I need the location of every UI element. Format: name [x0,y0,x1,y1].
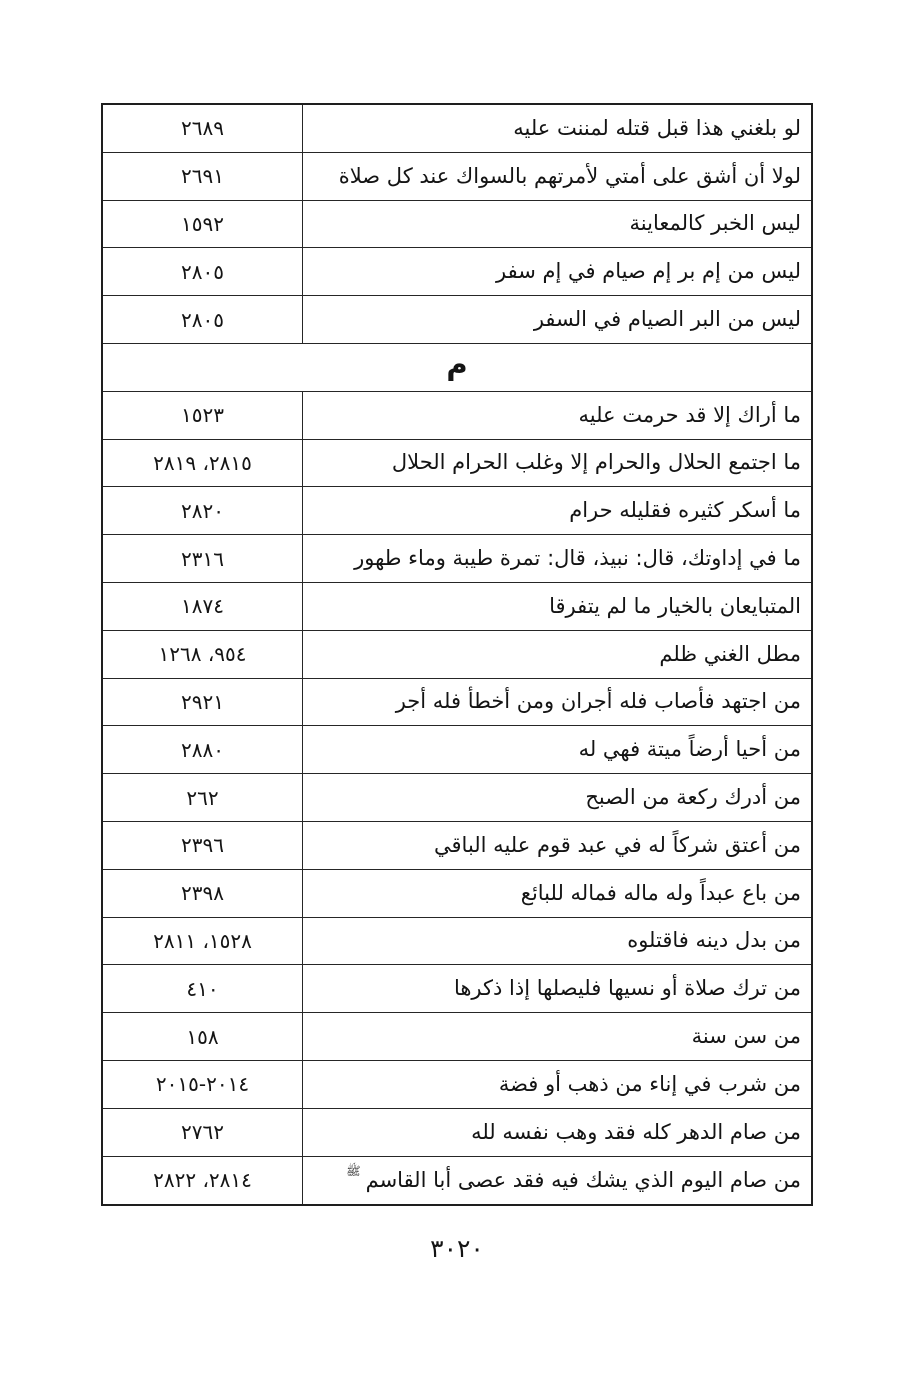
hadith-number: ١٥٩٢ [181,214,224,234]
hadith-text: ما اجتمع الحلال والحرام إلا وغلب الحرام … [392,452,801,473]
hadith-text-cell: من شرب في إناء من ذهب أو فضة [303,1061,811,1108]
hadith-number-cell: ١٥٨ [103,1013,303,1060]
hadith-text: ليس من البر الصيام في السفر [534,309,801,330]
hadith-text: ما أراك إلا قد حرمت عليه [578,405,801,426]
table-row: من أحيا أرضاً ميتة فهي له٢٨٨٠ [103,726,811,774]
scanned-document-page: لو بلغني هذا قبل قتله لمننت عليه٢٦٨٩لولا… [0,0,920,1374]
hadith-text-cell: ليس من إم بر إم صيام في إم سفر [303,248,811,295]
hadith-text: ما في إداوتك، قال: نبيذ، قال: تمرة طيبة … [354,548,801,569]
table-row: المتبايعان بالخيار ما لم يتفرقا١٨٧٤ [103,583,811,631]
hadith-number-cell: ٢٦٩١ [103,153,303,200]
hadith-number-cell: ٢٣٩٦ [103,822,303,869]
table-row: من أدرك ركعة من الصبح٢٦٢ [103,774,811,822]
hadith-number-cell: ١٥٢٨، ٢٨١١ [103,918,303,965]
hadith-text: ليس من إم بر إم صيام في إم سفر [496,261,801,282]
table-row: من باع عبداً وله ماله فماله للبائع٢٣٩٨ [103,870,811,918]
table-row: من اجتهد فأصاب فله أجران ومن أخطأ فله أج… [103,679,811,727]
hadith-text: لو بلغني هذا قبل قتله لمننت عليه [513,118,801,139]
hadith-number: ٢٣٩٨ [181,883,224,903]
hadith-number: ٢٣١٦ [181,549,224,569]
hadith-text-cell: من بدل دينه فاقتلوه [303,918,811,965]
hadith-text: من أحيا أرضاً ميتة فهي له [579,739,801,760]
hadith-text: من بدل دينه فاقتلوه [627,930,801,951]
hadith-number: ٩٥٤، ١٢٦٨ [159,644,247,664]
hadith-number-cell: ٢٦٢ [103,774,303,821]
hadith-number-cell: ٢٠١٤-٢٠١٥ [103,1061,303,1108]
hadith-text: المتبايعان بالخيار ما لم يتفرقا [549,596,801,617]
hadith-number-cell: ١٥٩٢ [103,201,303,248]
hadith-number: ١٥٢٨، ٢٨١١ [153,931,252,951]
hadith-text-cell: من صام اليوم الذي يشك فيه فقد عصى أبا ال… [303,1157,811,1205]
hadith-text: ليس الخبر كالمعاينة [630,213,801,234]
hadith-number-cell: ٢٣١٦ [103,535,303,582]
hadith-text-cell: لو بلغني هذا قبل قتله لمننت عليه [303,105,811,152]
table-row: ما اجتمع الحلال والحرام إلا وغلب الحرام … [103,440,811,488]
hadith-number-cell: ٤١٠ [103,965,303,1012]
hadith-text-cell: من باع عبداً وله ماله فماله للبائع [303,870,811,917]
hadith-number: ٢٦٢ [186,788,218,808]
hadith-text-cell: من اجتهد فأصاب فله أجران ومن أخطأ فله أج… [303,679,811,726]
hadith-text: من اجتهد فأصاب فله أجران ومن أخطأ فله أج… [396,691,801,712]
hadith-text-cell: من أحيا أرضاً ميتة فهي له [303,726,811,773]
hadith-number-cell: ١٨٧٤ [103,583,303,630]
table-row: من سن سنة١٥٨ [103,1013,811,1061]
hadith-text-cell: ليس الخبر كالمعاينة [303,201,811,248]
table-row: من أعتق شركاً له في عبد قوم عليه الباقي٢… [103,822,811,870]
table-row: ما في إداوتك، قال: نبيذ، قال: تمرة طيبة … [103,535,811,583]
section-header-row: م [103,344,811,392]
hadith-number: ٢٨٢٠ [181,501,224,521]
hadith-number: ٢٨٠٥ [181,262,224,282]
hadith-text-cell: مطل الغني ظلم [303,631,811,678]
hadith-number-cell: ٢٨٠٥ [103,248,303,295]
hadith-number: ٢٨١٥، ٢٨١٩ [153,453,252,473]
hadith-number: ٢٨٨٠ [181,740,224,760]
hadith-number-cell: ١٥٢٣ [103,392,303,439]
hadith-number-cell: ٢٩٢١ [103,679,303,726]
hadith-text: من أدرك ركعة من الصبح [585,787,801,808]
hadith-text-cell: ليس من البر الصيام في السفر [303,296,811,343]
hadith-text: من سن سنة [692,1026,801,1047]
hadith-text-cell: من سن سنة [303,1013,811,1060]
hadith-number: ١٥٢٣ [181,405,224,425]
hadith-text-cell: ما اجتمع الحلال والحرام إلا وغلب الحرام … [303,440,811,487]
hadith-text-cell: من ترك صلاة أو نسيها فليصلها إذا ذكرها [303,965,811,1012]
hadith-text: من باع عبداً وله ماله فماله للبائع [521,883,801,904]
hadith-number: ٤١٠ [186,979,218,999]
hadith-number: ١٨٧٤ [181,596,224,616]
hadith-number-cell: ٢٧٦٢ [103,1109,303,1156]
hadith-number-cell: ٢٦٨٩ [103,105,303,152]
hadith-number-cell: ٢٨١٤، ٢٨٢٢ [103,1157,303,1205]
table-row: من بدل دينه فاقتلوه١٥٢٨، ٢٨١١ [103,918,811,966]
hadith-number: ٢٨٠٥ [181,310,224,330]
hadith-number: ٢٦٨٩ [181,118,224,138]
honorific-symbol: ﷺ [346,1157,361,1177]
hadith-number: ١٥٨ [186,1027,218,1047]
hadith-number-cell: ٢٨٨٠ [103,726,303,773]
hadith-number-cell: ٢٨٠٥ [103,296,303,343]
hadith-text: من صام اليوم الذي يشك فيه فقد عصى أبا ال… [366,1170,801,1191]
hadith-number: ٢٩٢١ [181,692,224,712]
hadith-index-table: لو بلغني هذا قبل قتله لمننت عليه٢٦٨٩لولا… [101,103,813,1206]
hadith-text-cell: من صام الدهر كله فقد وهب نفسه لله [303,1109,811,1156]
page-number: ٣٠٢٠ [101,1234,813,1263]
hadith-text: لولا أن أشق على أمتي لأمرتهم بالسواك عند… [339,166,801,187]
hadith-number-cell: ٢٣٩٨ [103,870,303,917]
hadith-text-cell: لولا أن أشق على أمتي لأمرتهم بالسواك عند… [303,153,811,200]
hadith-number-cell: ٢٨١٥، ٢٨١٩ [103,440,303,487]
hadith-text: من ترك صلاة أو نسيها فليصلها إذا ذكرها [454,978,801,999]
hadith-number: ٢٠١٤-٢٠١٥ [156,1074,249,1094]
hadith-text-cell: المتبايعان بالخيار ما لم يتفرقا [303,583,811,630]
hadith-text: من شرب في إناء من ذهب أو فضة [499,1074,801,1095]
table-row: ليس من البر الصيام في السفر٢٨٠٥ [103,296,811,344]
hadith-number-cell: ٩٥٤، ١٢٦٨ [103,631,303,678]
section-letter: م [446,350,467,385]
table-row: لو بلغني هذا قبل قتله لمننت عليه٢٦٨٩ [103,105,811,153]
hadith-text: ما أسكر كثيره فقليله حرام [569,500,801,521]
hadith-text: مطل الغني ظلم [659,644,801,665]
table-row: ليس الخبر كالمعاينة١٥٩٢ [103,201,811,249]
hadith-text-cell: ما أسكر كثيره فقليله حرام [303,487,811,534]
hadith-number: ٢٧٦٢ [181,1122,224,1142]
table-row: من شرب في إناء من ذهب أو فضة٢٠١٤-٢٠١٥ [103,1061,811,1109]
hadith-text: من أعتق شركاً له في عبد قوم عليه الباقي [434,835,801,856]
table-row: لولا أن أشق على أمتي لأمرتهم بالسواك عند… [103,153,811,201]
hadith-number: ٢٦٩١ [181,166,224,186]
table-row: مطل الغني ظلم٩٥٤، ١٢٦٨ [103,631,811,679]
table-row: ما أسكر كثيره فقليله حرام٢٨٢٠ [103,487,811,535]
table-row: من ترك صلاة أو نسيها فليصلها إذا ذكرها٤١… [103,965,811,1013]
hadith-number: ٢٨١٤، ٢٨٢٢ [153,1170,252,1190]
hadith-text-cell: من أدرك ركعة من الصبح [303,774,811,821]
hadith-text-cell: ما أراك إلا قد حرمت عليه [303,392,811,439]
table-row: ليس من إم بر إم صيام في إم سفر٢٨٠٥ [103,248,811,296]
hadith-text-cell: من أعتق شركاً له في عبد قوم عليه الباقي [303,822,811,869]
table-row: ما أراك إلا قد حرمت عليه١٥٢٣ [103,392,811,440]
hadith-number-cell: ٢٨٢٠ [103,487,303,534]
hadith-text-cell: ما في إداوتك، قال: نبيذ، قال: تمرة طيبة … [303,535,811,582]
hadith-text: من صام الدهر كله فقد وهب نفسه لله [471,1122,801,1143]
table-row: من صام اليوم الذي يشك فيه فقد عصى أبا ال… [103,1157,811,1205]
table-row: من صام الدهر كله فقد وهب نفسه لله٢٧٦٢ [103,1109,811,1157]
hadith-number: ٢٣٩٦ [181,835,224,855]
